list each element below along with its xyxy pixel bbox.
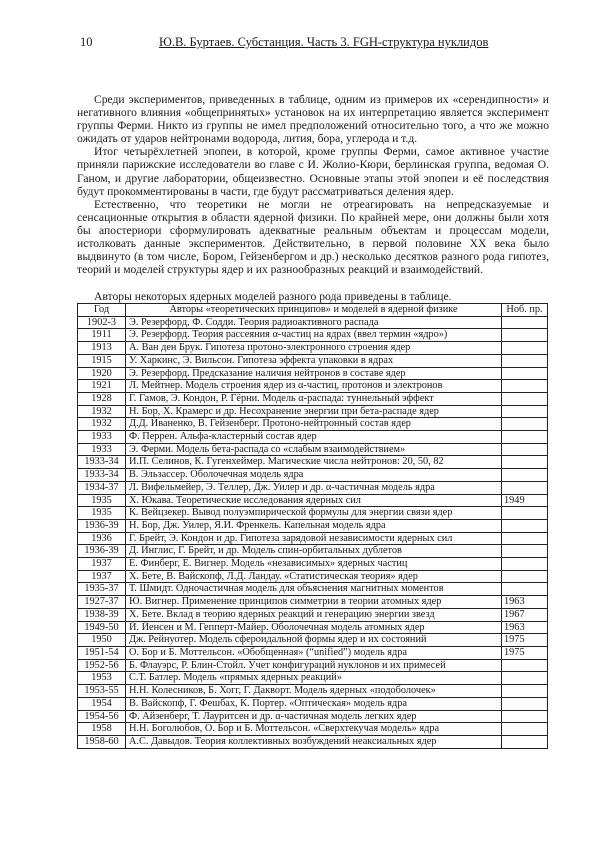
cell-nobel [502, 672, 548, 685]
cell-text: С.Т. Батлер. Модель «прямых ядерных реак… [126, 672, 502, 685]
cell-year: 1936-39 [78, 545, 126, 558]
running-title: Ю.В. Буртаев. Субстанция. Часть 3. FGH-с… [159, 35, 488, 50]
cell-text: Э. Резерфорд, Ф. Содди. Теория радиоакти… [126, 316, 502, 329]
cell-text: Н.Н. Боголюбов, О. Бор и Б. Моттельсон. … [126, 723, 502, 736]
cell-text: А. Ван ден Брук. Гипотеза протоно-электр… [126, 342, 502, 355]
cell-year: 1927-37 [78, 596, 126, 609]
cell-text: Ю. Вигнер. Применение принципов симметри… [126, 596, 502, 609]
cell-text: У. Харкинс, Э. Вильсон. Гипотеза эффекта… [126, 354, 502, 367]
cell-nobel [502, 710, 548, 723]
cell-year: 1932 [78, 405, 126, 418]
cell-nobel [502, 558, 548, 571]
page-header: 10 Ю.В. Буртаев. Субстанция. Часть 3. FG… [70, 35, 550, 51]
cell-nobel [502, 392, 548, 405]
table-caption: Авторы некоторых ядерных моделей разного… [94, 290, 452, 303]
cell-year: 1935-37 [78, 583, 126, 596]
cell-text: Н. Бор, Дж. Уилер, Я.И. Френкель. Капель… [126, 519, 502, 532]
cell-year: 1915 [78, 354, 126, 367]
table-row: 1935Х. Юкава. Теоретические исследования… [78, 494, 548, 507]
cell-year: 1935 [78, 494, 126, 507]
cell-text: Л. Вифельмейер, Э. Теллер, Дж. Уилер и д… [126, 481, 502, 494]
cell-text: Х. Бете, В. Вайскопф, Л.Д. Ландау. «Стат… [126, 570, 502, 583]
cell-text: Г. Брейт, Э. Кондон и др. Гипотеза заряд… [126, 532, 502, 545]
cell-text: Д.Д. Иваненко, В. Гейзенберг. Протоно-не… [126, 418, 502, 431]
table-row: 1949-50Й. Йенсен и М. Гепперт-Майер. Обо… [78, 621, 548, 634]
cell-year: 1928 [78, 392, 126, 405]
table-row: 1934-37Л. Вифельмейер, Э. Теллер, Дж. Уи… [78, 481, 548, 494]
cell-text: В. Вайскопф, Г. Фешбах, К. Портер. «Опти… [126, 697, 502, 710]
table-row: 1951-54О. Бор и Б. Моттельсон. «Обобщенн… [78, 646, 548, 659]
table-row: 1911Э. Резерфорд. Теория рассеяния α-час… [78, 329, 548, 342]
page-number: 10 [80, 35, 93, 50]
cell-nobel [502, 697, 548, 710]
table-row: 1921Л. Мейтнер. Модель строения ядер из … [78, 380, 548, 393]
table-row: 1937Х. Бете, В. Вайскопф, Л.Д. Ландау. «… [78, 570, 548, 583]
cell-year: 1953-55 [78, 685, 126, 698]
table-row: 1920Э. Резерфорд. Предсказание наличия н… [78, 367, 548, 380]
table-row: 1933Э. Ферми. Модель бета-распада со «сл… [78, 443, 548, 456]
cell-nobel: 1963 [502, 596, 548, 609]
table-row: 1954-56Ф. Айзенберг, Т. Лауритсен и др. … [78, 710, 548, 723]
cell-nobel: 1949 [502, 494, 548, 507]
cell-text: Л. Мейтнер. Модель строения ядер из α-ча… [126, 380, 502, 393]
cell-year: 1932 [78, 418, 126, 431]
cell-text: Э. Ферми. Модель бета-распада со «слабым… [126, 443, 502, 456]
cell-year: 1949-50 [78, 621, 126, 634]
cell-text: Ф. Айзенберг, Т. Лауритсен и др. α-части… [126, 710, 502, 723]
paragraph: Среди экспериментов, приведенных в табли… [77, 93, 549, 145]
table-row: 1953С.Т. Батлер. Модель «прямых ядерных … [78, 672, 548, 685]
cell-text: Й. Йенсен и М. Гепперт-Майер. Оболочечна… [126, 621, 502, 634]
table-row: 1927-37Ю. Вигнер. Применение принципов с… [78, 596, 548, 609]
cell-text: Т. Шмидт. Одночастичная модель для объяс… [126, 583, 502, 596]
cell-text: А.С. Давыдов. Теория коллективных возбуж… [126, 735, 502, 748]
cell-text: Н. Бор, Х. Крамерс и др. Несохранение эн… [126, 405, 502, 418]
cell-nobel [502, 456, 548, 469]
cell-nobel [502, 443, 548, 456]
cell-nobel [502, 507, 548, 520]
cell-text: Э. Резерфорд. Предсказание наличия нейтр… [126, 367, 502, 380]
table-header-row: Год Авторы «теоретических принципов» и м… [78, 304, 548, 317]
cell-nobel: 1975 [502, 634, 548, 647]
cell-year: 1935 [78, 507, 126, 520]
cell-nobel [502, 354, 548, 367]
cell-year: 1934-37 [78, 481, 126, 494]
table-row: 1902-3Э. Резерфорд, Ф. Содди. Теория рад… [78, 316, 548, 329]
header-year: Год [78, 304, 126, 317]
table-row: 1954В. Вайскопф, Г. Фешбах, К. Портер. «… [78, 697, 548, 710]
cell-year: 1920 [78, 367, 126, 380]
table-row: 1936Г. Брейт, Э. Кондон и др. Гипотеза з… [78, 532, 548, 545]
cell-nobel [502, 481, 548, 494]
table-row: 1933Ф. Перрен. Альфа-кластерный состав я… [78, 431, 548, 444]
cell-year: 1950 [78, 634, 126, 647]
table-row: 1915У. Харкинс, Э. Вильсон. Гипотеза эфф… [78, 354, 548, 367]
paragraph: Итог четырёхлетней эпопеи, в которой, кр… [77, 145, 549, 197]
cell-year: 1937 [78, 558, 126, 571]
cell-text: Э. Резерфорд. Теория рассеяния α-частиц … [126, 329, 502, 342]
cell-text: Х. Юкава. Теоретические исследования яде… [126, 494, 502, 507]
table-row: 1935-37Т. Шмидт. Одночастичная модель дл… [78, 583, 548, 596]
cell-text: Ф. Перрен. Альфа-кластерный состав ядер [126, 431, 502, 444]
cell-nobel [502, 367, 548, 380]
table-row: 1952-56Б. Флауэрс, Р. Блин-Стойл. Учет к… [78, 659, 548, 672]
table-row: 1953-55Н.Н. Колесников, Б. Хогг, Г. Дакв… [78, 685, 548, 698]
cell-text: Б. Флауэрс, Р. Блин-Стойл. Учет конфигур… [126, 659, 502, 672]
table-row: 1913А. Ван ден Брук. Гипотеза протоно-эл… [78, 342, 548, 355]
cell-year: 1958 [78, 723, 126, 736]
cell-year: 1921 [78, 380, 126, 393]
cell-nobel [502, 532, 548, 545]
cell-year: 1936-39 [78, 519, 126, 532]
cell-nobel [502, 405, 548, 418]
cell-text: И.П. Селинов, К. Гугенхеймер. Магические… [126, 456, 502, 469]
table-row: 1933-34В. Эльзассер. Оболочечная модель … [78, 469, 548, 482]
cell-text: Е. Финберг, Е. Вигнер. Модель «независим… [126, 558, 502, 571]
table-row: 1950Дж. Рейнуотер. Модель сфероидальной … [78, 634, 548, 647]
cell-year: 1952-56 [78, 659, 126, 672]
cell-nobel [502, 570, 548, 583]
table-row: 1933-34И.П. Селинов, К. Гугенхеймер. Маг… [78, 456, 548, 469]
cell-year: 1911 [78, 329, 126, 342]
cell-nobel [502, 735, 548, 748]
cell-text: Н.Н. Колесников, Б. Хогг, Г. Дакворт. Мо… [126, 685, 502, 698]
cell-year: 1933 [78, 431, 126, 444]
cell-year: 1953 [78, 672, 126, 685]
cell-nobel: 1975 [502, 646, 548, 659]
cell-nobel: 1967 [502, 608, 548, 621]
cell-year: 1937 [78, 570, 126, 583]
cell-nobel [502, 329, 548, 342]
cell-year: 1936 [78, 532, 126, 545]
table-row: 1932Д.Д. Иваненко, В. Гейзенберг. Протон… [78, 418, 548, 431]
cell-nobel [502, 342, 548, 355]
cell-year: 1958-60 [78, 735, 126, 748]
table-row: 1936-39Н. Бор, Дж. Уилер, Я.И. Френкель.… [78, 519, 548, 532]
cell-nobel: 1963 [502, 621, 548, 634]
table-row: 1938-39Х. Бете. Вклад в теорию ядерных р… [78, 608, 548, 621]
table-row: 1937Е. Финберг, Е. Вигнер. Модель «незав… [78, 558, 548, 571]
cell-nobel [502, 316, 548, 329]
cell-nobel [502, 723, 548, 736]
table-row: 1958-60А.С. Давыдов. Теория коллективных… [78, 735, 548, 748]
cell-nobel [502, 583, 548, 596]
table-row: 1935К. Вейцзекер. Вывод полуэмпирической… [78, 507, 548, 520]
cell-nobel [502, 418, 548, 431]
cell-year: 1938-39 [78, 608, 126, 621]
cell-nobel [502, 519, 548, 532]
cell-text: Х. Бете. Вклад в теорию ядерных реакций … [126, 608, 502, 621]
cell-nobel [502, 431, 548, 444]
cell-text: Г. Гамов, Э. Кондон, Р. Гёрни. Модель α-… [126, 392, 502, 405]
table-row: 1932Н. Бор, Х. Крамерс и др. Несохранени… [78, 405, 548, 418]
table-row: 1958Н.Н. Боголюбов, О. Бор и Б. Моттельс… [78, 723, 548, 736]
header-nobel: Ноб. пр. [502, 304, 548, 317]
cell-text: В. Эльзассер. Оболочечная модель ядра [126, 469, 502, 482]
cell-nobel [502, 545, 548, 558]
cell-text: К. Вейцзекер. Вывод полуэмпирической фор… [126, 507, 502, 520]
cell-nobel [502, 685, 548, 698]
cell-year: 1954 [78, 697, 126, 710]
cell-year: 1902-3 [78, 316, 126, 329]
table-row: 1936-39Д. Инглис, Г. Брейт, и др. Модель… [78, 545, 548, 558]
table-row: 1928Г. Гамов, Э. Кондон, Р. Гёрни. Модел… [78, 392, 548, 405]
header-authors: Авторы «теоретических принципов» и модел… [126, 304, 502, 317]
cell-nobel [502, 380, 548, 393]
cell-year: 1933 [78, 443, 126, 456]
nuclear-models-table: Год Авторы «теоретических принципов» и м… [77, 303, 548, 749]
cell-year: 1951-54 [78, 646, 126, 659]
cell-year: 1913 [78, 342, 126, 355]
cell-year: 1933-34 [78, 469, 126, 482]
cell-nobel [502, 469, 548, 482]
cell-text: Д. Инглис, Г. Брейт, и др. Модель спин-о… [126, 545, 502, 558]
paragraph: Естественно, что теоретики не могли не о… [77, 198, 549, 277]
body-text: Среди экспериментов, приведенных в табли… [77, 93, 549, 276]
cell-year: 1933-34 [78, 456, 126, 469]
cell-text: О. Бор и Б. Моттельсон. «Обобщенная» (“u… [126, 646, 502, 659]
cell-nobel [502, 659, 548, 672]
cell-year: 1954-56 [78, 710, 126, 723]
cell-text: Дж. Рейнуотер. Модель сфероидальной форм… [126, 634, 502, 647]
